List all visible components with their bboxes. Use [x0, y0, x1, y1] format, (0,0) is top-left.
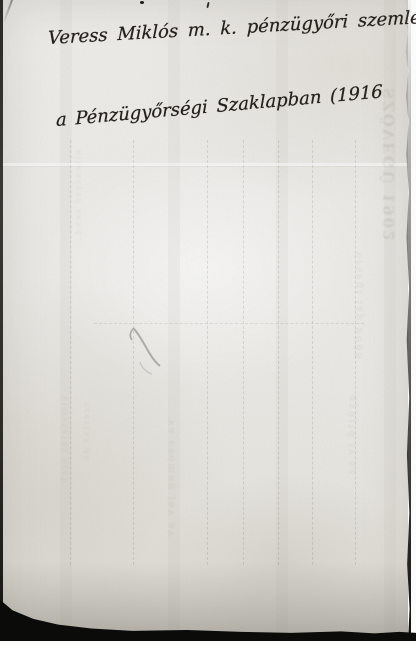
scanner-background-strip: [0, 641, 416, 645]
scanned-document: SZÖVEGŰ 1902 őrségi lap 8088 gyűjtő ív s…: [0, 0, 416, 645]
bleedthrough-text: gyűjtő ív sz.: [347, 395, 358, 481]
bleedthrough-text: szerint db: [82, 402, 91, 463]
paper-left-edge: [0, 0, 3, 641]
paper-page: SZÖVEGŰ 1902 őrségi lap 8088 gyűjtő ív s…: [2, 0, 408, 641]
bleedthrough-text: kimutatás szab.: [60, 396, 69, 490]
bleed-column-rule: [243, 140, 244, 565]
bleed-column-rule: [278, 140, 279, 565]
horizontal-crease: [2, 163, 408, 167]
bleed-column-rule: [207, 140, 208, 565]
bleedthrough-text: ellenőrző rend.: [74, 150, 83, 241]
ink-dot: [140, 1, 144, 4]
bleedthrough-text: SZÖVEGŰ 1902: [380, 88, 398, 243]
pencil-mark: [120, 320, 172, 380]
bleed-column-rule: [312, 140, 313, 565]
bleedthrough-text: va csomag jav av: [166, 420, 177, 538]
bleed-column-rule: [70, 140, 71, 565]
bleedthrough-text: őrségi lap 8088: [354, 252, 365, 361]
